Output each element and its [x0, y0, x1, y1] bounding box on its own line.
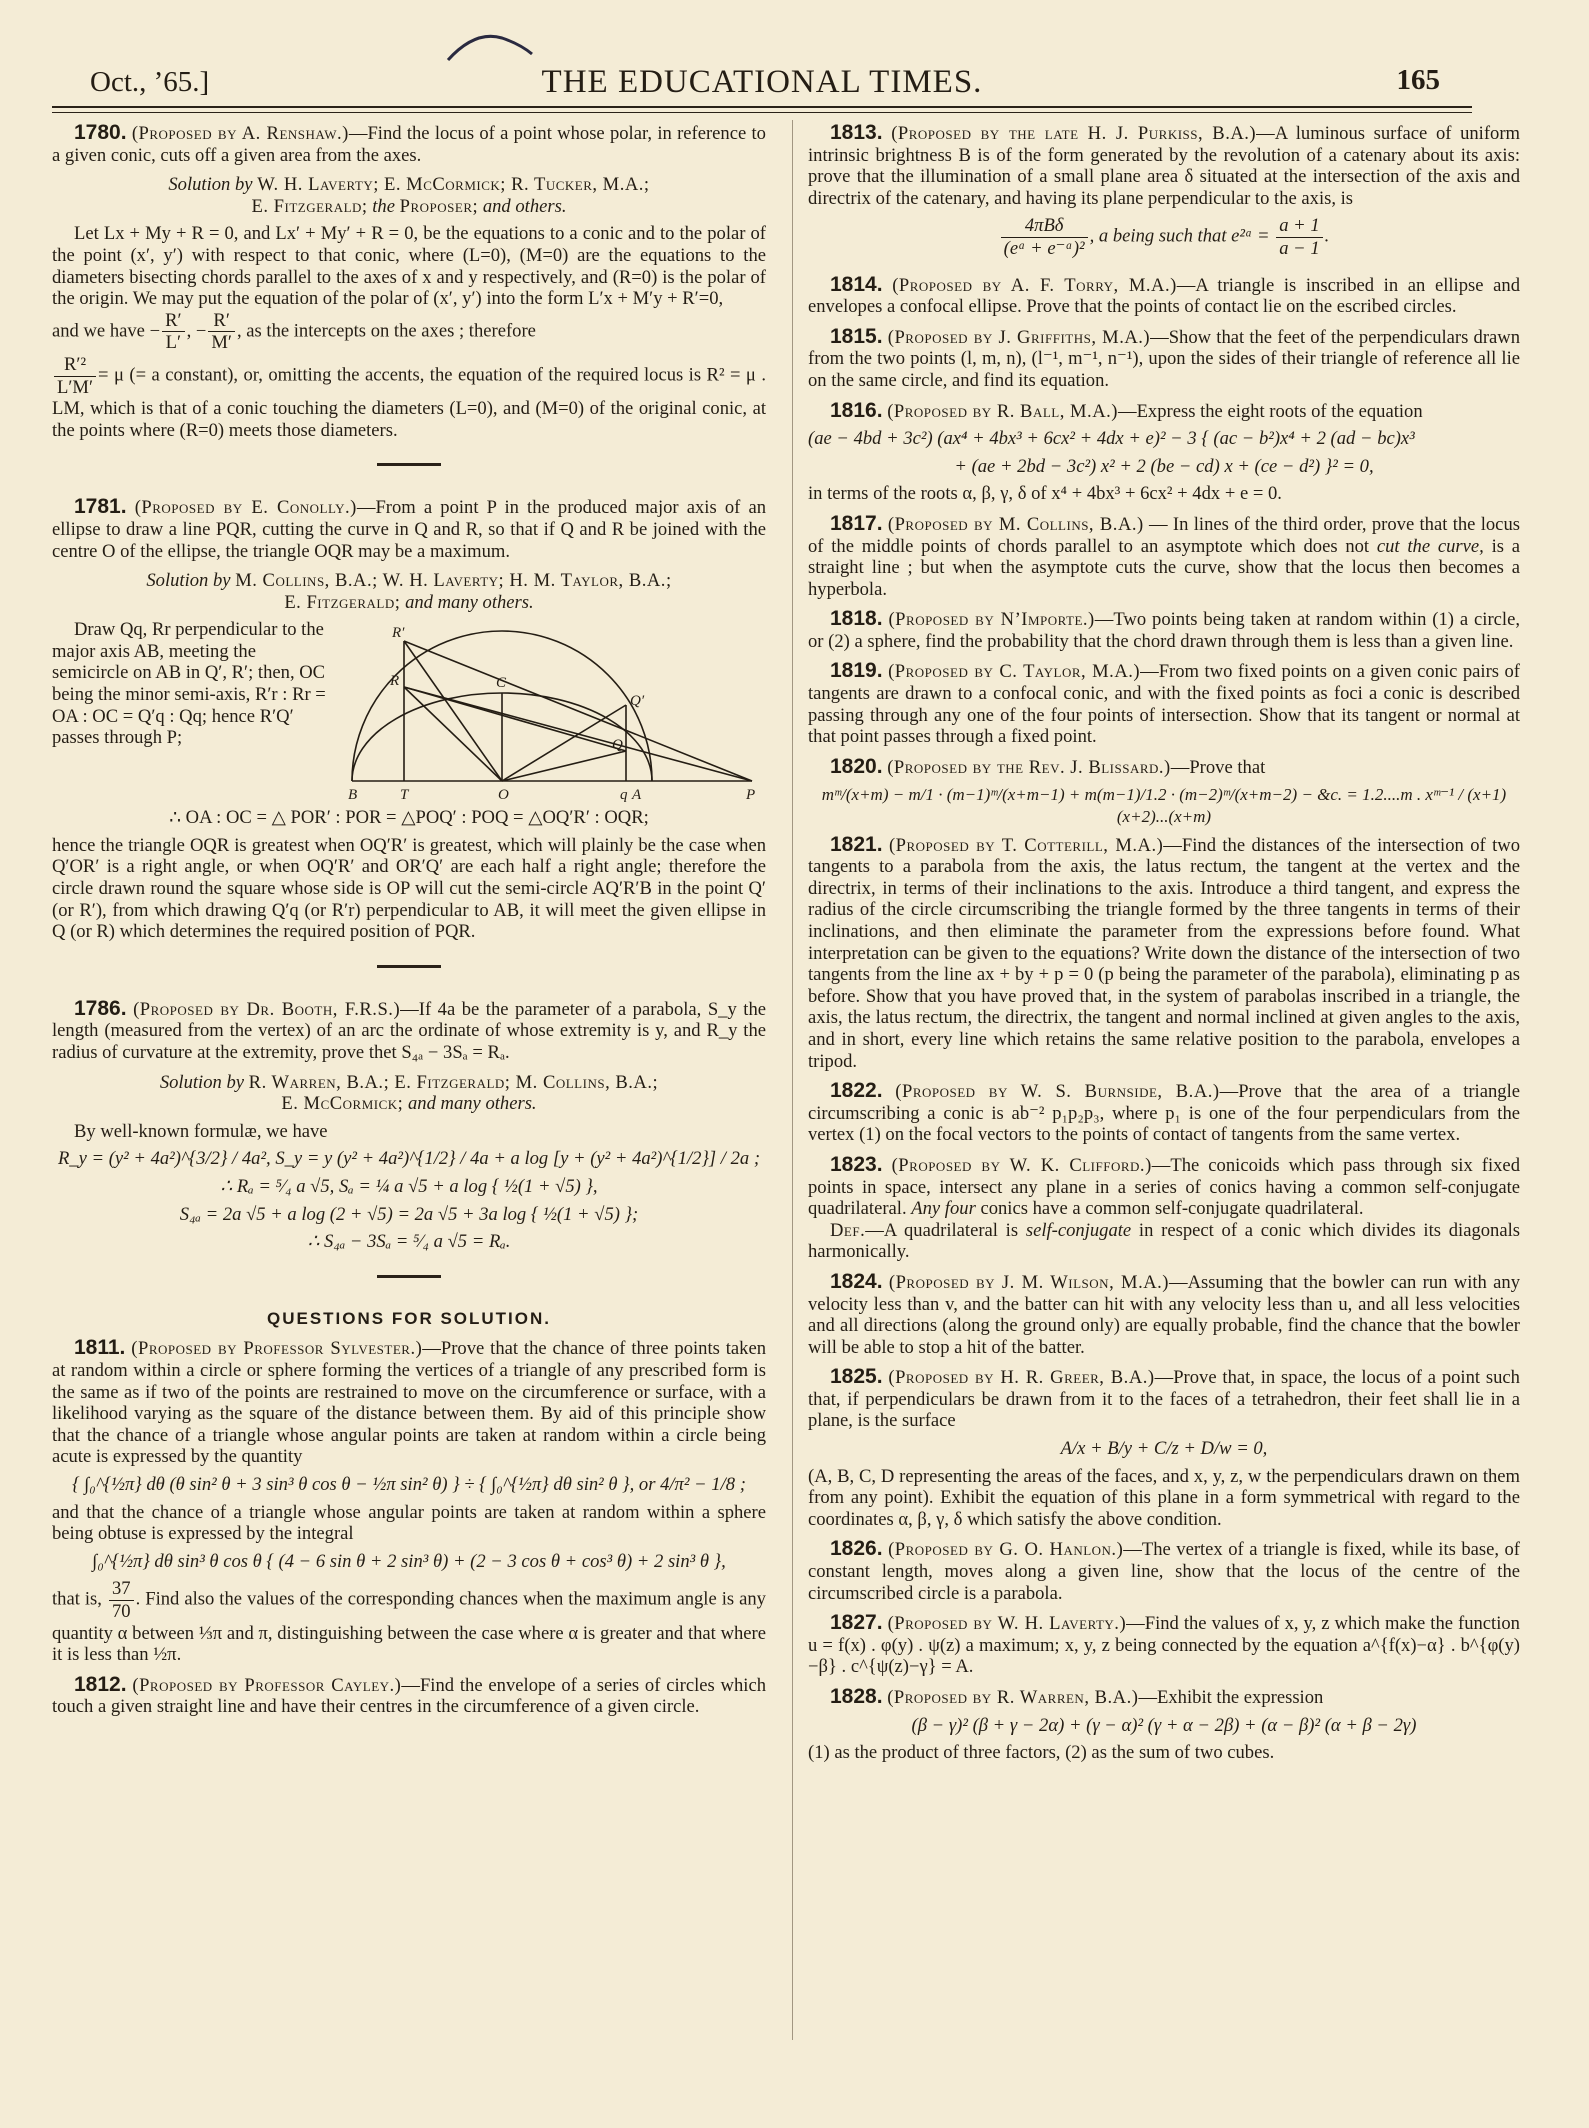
- question-1820: 1820. (Proposed by the Rev. J. Blissard.…: [808, 756, 1520, 828]
- page-header: Oct., ’65.] THE EDUCATIONAL TIMES. 165: [52, 62, 1472, 102]
- equation: ∴ S₄ₐ − 3Sₐ = ⁵⁄₄ a √5 = Rₐ.: [52, 1231, 766, 1253]
- question-1819: 1819. (Proposed by C. Taylor, M.A.)—From…: [808, 660, 1520, 747]
- ratio-equation: ∴ OA : OC = △ POR′ : POR = △POQ′ : POQ =…: [52, 807, 766, 829]
- question-1815: 1815. (Proposed by J. Griffiths, M.A.)—S…: [808, 326, 1520, 392]
- svg-text:O: O: [498, 787, 509, 803]
- solution-conclusion: hence the triangle OQR is greatest when …: [52, 835, 766, 943]
- question-1828: 1828. (Proposed by R. Warren, B.A.)—Exhi…: [808, 1686, 1520, 1764]
- left-column: 1780. (Proposed by A. Renshaw.)—Find the…: [52, 122, 766, 1718]
- question-1822: 1822. (Proposed by W. S. Burnside, B.A.)…: [808, 1080, 1520, 1146]
- question-1817: 1817. (Proposed by M. Collins, B.A.) — I…: [808, 513, 1520, 600]
- question-1821: 1821. (Proposed by T. Cotterill, M.A.)—F…: [808, 834, 1520, 1073]
- solution-credits: Solution by R. Warren, B.A.; E. Fitzgera…: [52, 1072, 766, 1115]
- svg-text:q: q: [620, 787, 628, 803]
- svg-text:A: A: [631, 787, 642, 803]
- solution-intro: By well-known formulæ, we have: [52, 1121, 766, 1143]
- proposer: (Proposed by A. Renshaw.): [132, 123, 349, 144]
- section-separator: [377, 1275, 441, 1278]
- equation: ∫₀^{½π} dθ sin³ θ cos θ { (4 − 6 sin θ +…: [52, 1551, 766, 1573]
- equation: 4πBδ(eᵃ + e⁻ᵃ)², a being such that e²ᵃ =…: [808, 215, 1520, 259]
- header-rule: [52, 106, 1472, 108]
- question-1781: 1781. (Proposed by E. Conolly.)—From a p…: [52, 496, 766, 943]
- solution-credits: Solution by M. Collins, B.A.; W. H. Lave…: [52, 570, 766, 613]
- svg-text:Q′: Q′: [630, 693, 645, 709]
- equation: S₄ₐ = 2a √5 + a log (2 + √5) = 2a √5 + 3…: [52, 1204, 766, 1226]
- publication-title: THE EDUCATIONAL TIMES.: [52, 64, 1472, 101]
- question-1786: 1786. (Proposed by Dr. Booth, F.R.S.)—If…: [52, 998, 766, 1253]
- question-1824: 1824. (Proposed by J. M. Wilson, M.A.)—A…: [808, 1271, 1520, 1358]
- equation: mᵐ/(x+m) − m/1 · (m−1)ᵐ/(x+m−1) + m(m−1)…: [808, 784, 1520, 827]
- question-number: 1780.: [74, 121, 127, 144]
- column-divider: [792, 120, 793, 2040]
- equation: R_y = (y² + 4a²)^{3/2} / 4a², S_y = y (y…: [52, 1148, 766, 1170]
- svg-text:T: T: [400, 787, 410, 803]
- solution-credits: Solution by W. H. Laverty; E. McCormick;…: [52, 174, 766, 217]
- question-1827: 1827. (Proposed by W. H. Laverty.)—Find …: [808, 1612, 1520, 1678]
- definition: Def.—A quadrilateral is self-conjugate i…: [808, 1220, 1520, 1263]
- question-1818: 1818. (Proposed by N’Importe.)—Two point…: [808, 608, 1520, 652]
- svg-text:R: R: [389, 673, 399, 689]
- equation: (ae − 4bd + 3c²) (ax⁴ + 4bx³ + 6cx² + 4d…: [808, 428, 1520, 450]
- equation: { ∫₀^{½π} dθ (θ sin² θ + 3 sin³ θ cos θ …: [52, 1474, 766, 1496]
- svg-text:R′: R′: [391, 625, 405, 641]
- question-1814: 1814. (Proposed by A. F. Torry, M.A.)—A …: [808, 274, 1520, 318]
- question-1816: 1816. (Proposed by R. Ball, M.A.)—Expres…: [808, 400, 1520, 505]
- section-heading: QUESTIONS FOR SOLUTION.: [52, 1308, 766, 1330]
- svg-text:C: C: [496, 675, 507, 691]
- question-1823: 1823. (Proposed by W. K. Clifford.)—The …: [808, 1154, 1520, 1263]
- svg-text:B: B: [348, 787, 357, 803]
- question-1812: 1812. (Proposed by Professor Cayley.)—Fi…: [52, 1674, 766, 1718]
- right-column: 1813. (Proposed by the late H. J. Purkis…: [808, 122, 1520, 1764]
- svg-text:P: P: [745, 787, 755, 803]
- header-rule-thin: [52, 112, 1472, 113]
- solution-body: Let Lx + My + R = 0, and Lx′ + My′ + R =…: [52, 223, 766, 309]
- page-number: 165: [1397, 64, 1441, 97]
- question-1826: 1826. (Proposed by G. O. Hanlon.)—The ve…: [808, 1538, 1520, 1604]
- equation: A/x + B/y + C/z + D/w = 0,: [808, 1438, 1520, 1460]
- ellipse-semicircle-diagram: R′ R C Q′ Q B T O q A P: [346, 621, 766, 803]
- question-1780: 1780. (Proposed by A. Renshaw.)—Find the…: [52, 122, 766, 441]
- section-separator: [377, 463, 441, 466]
- question-1825: 1825. (Proposed by H. R. Greer, B.A.)—Pr…: [808, 1366, 1520, 1530]
- equation: (β − γ)² (β + γ − 2α) + (γ − α)² (γ + α …: [808, 1715, 1520, 1737]
- section-separator: [377, 965, 441, 968]
- solution-intercepts: and we have −R′L′, −R′M′, as the interce…: [52, 310, 766, 354]
- svg-text:Q: Q: [612, 737, 623, 753]
- question-1813: 1813. (Proposed by the late H. J. Purkis…: [808, 122, 1520, 260]
- solution-conclusion: R′²L′M′= μ (= a constant), or, omitting …: [52, 354, 766, 441]
- question-1811: 1811. (Proposed by Professor Sylvester.)…: [52, 1337, 766, 1665]
- equation: ∴ Rₐ = ⁵⁄₄ a √5, Sₐ = ¼ a √5 + a log { ½…: [52, 1176, 766, 1198]
- equation: + (ae + 2bd − 3c²) x² + 2 (be − cd) x + …: [808, 456, 1520, 478]
